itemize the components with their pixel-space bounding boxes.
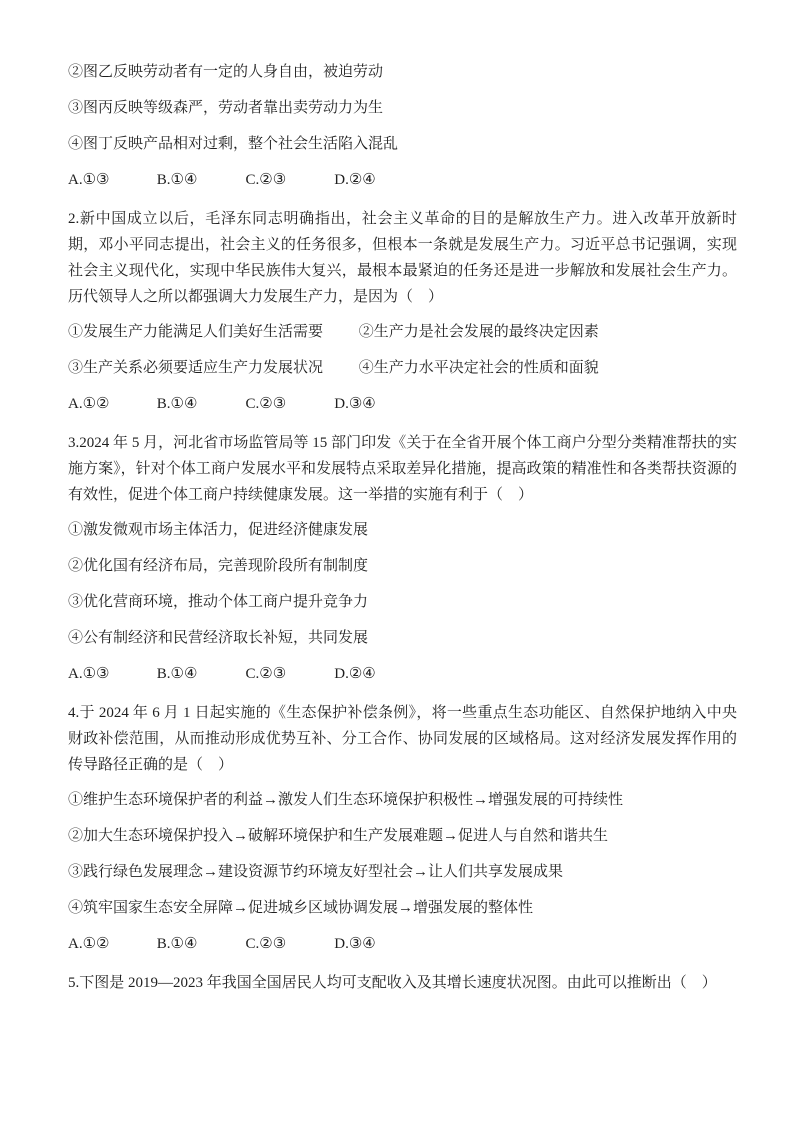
q4-choice-d: D.③④ <box>334 926 375 962</box>
q2-choice-c: C.②③ <box>246 386 331 422</box>
q3-choices-row: A.①③ B.①④ C.②③ D.②④ <box>68 656 737 692</box>
q2-option-2: ②生产力是社会发展的最终决定因素 <box>359 324 599 340</box>
q4-option-1: ①维护生态环境保护者的利益→激发人们生态环境保护积极性→增强发展的可持续性 <box>68 782 737 818</box>
q2-options-row-2: ③生产关系必须要适应生产力发展状况 ④生产力水平决定社会的性质和面貌 <box>68 350 737 386</box>
q4-choice-b: B.①④ <box>157 926 242 962</box>
q3-stem: 3.2024 年 5 月，河北省市场监管局等 15 部门印发《关于在全省开展个体… <box>68 430 737 508</box>
q3-choice-b: B.①④ <box>157 656 242 692</box>
q3-choice-d: D.②④ <box>334 656 375 692</box>
q1-option-4: ④图丁反映产品相对过剩，整个社会生活陷入混乱 <box>68 126 737 162</box>
q1-choice-c: C.②③ <box>246 162 331 198</box>
q4-option-2: ②加大生态环境保护投入→破解环境保护和生产发展难题→促进人与自然和谐共生 <box>68 818 737 854</box>
q1-choice-a: A.①③ <box>68 162 153 198</box>
q1-choice-d: D.②④ <box>334 162 375 198</box>
q1-option-3: ③图丙反映等级森严，劳动者靠出卖劳动力为生 <box>68 90 737 126</box>
q3-option-3: ③优化营商环境，推动个体工商户提升竞争力 <box>68 584 737 620</box>
q3-option-1: ①激发微观市场主体活力，促进经济健康发展 <box>68 512 737 548</box>
q2-option-1: ①发展生产力能满足人们美好生活需要 <box>68 314 355 350</box>
q3-choice-a: A.①③ <box>68 656 153 692</box>
q4-choice-a: A.①② <box>68 926 153 962</box>
q2-choices-row: A.①② B.①④ C.②③ D.③④ <box>68 386 737 422</box>
q1-choices-row: A.①③ B.①④ C.②③ D.②④ <box>68 162 737 198</box>
q3-option-4: ④公有制经济和民营经济取长补短，共同发展 <box>68 620 737 656</box>
q2-option-4: ④生产力水平决定社会的性质和面貌 <box>359 360 599 376</box>
q4-option-3: ③践行绿色发展理念→建设资源节约环境友好型社会→让人们共享发展成果 <box>68 854 737 890</box>
q3-option-2: ②优化国有经济布局，完善现阶段所有制制度 <box>68 548 737 584</box>
q5-stem: 5.下图是 2019—2023 年我国全国居民人均可支配收入及其增长速度状况图。… <box>68 970 737 996</box>
q2-choice-d: D.③④ <box>334 386 375 422</box>
q2-choice-a: A.①② <box>68 386 153 422</box>
q4-choices-row: A.①② B.①④ C.②③ D.③④ <box>68 926 737 962</box>
q3-choice-c: C.②③ <box>246 656 331 692</box>
q2-choice-b: B.①④ <box>157 386 242 422</box>
q1-choice-b: B.①④ <box>157 162 242 198</box>
q2-options-row-1: ①发展生产力能满足人们美好生活需要 ②生产力是社会发展的最终决定因素 <box>68 314 737 350</box>
q2-stem: 2.新中国成立以后，毛泽东同志明确指出，社会主义革命的目的是解放生产力。进入改革… <box>68 206 737 310</box>
q4-option-4: ④筑牢国家生态安全屏障→促进城乡区域协调发展→增强发展的整体性 <box>68 890 737 926</box>
q4-stem: 4.于 2024 年 6 月 1 日起实施的《生态保护补偿条例》，将一些重点生态… <box>68 700 737 778</box>
exam-page: ②图乙反映劳动者有一定的人身自由，被迫劳动 ③图丙反映等级森严，劳动者靠出卖劳动… <box>0 0 800 1131</box>
q2-option-3: ③生产关系必须要适应生产力发展状况 <box>68 350 355 386</box>
q1-option-2: ②图乙反映劳动者有一定的人身自由，被迫劳动 <box>68 54 737 90</box>
q4-choice-c: C.②③ <box>246 926 331 962</box>
